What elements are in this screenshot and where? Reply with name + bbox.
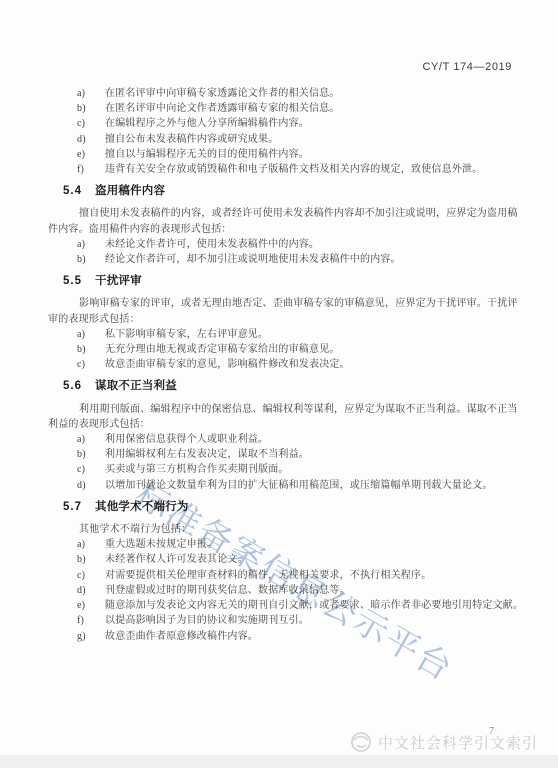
document-code: CY/T 174—2019 [422,61,512,73]
paragraph-line: 利益的表现形式包括： [48,417,528,432]
paragraph-line: 审的表现形式包括： [48,312,528,327]
section-heading: 5.4盗用稿件内容 [48,184,528,199]
item-text: 对需要提供相关伦理审查材料的稿件，无视相关要求，不执行相关程序。 [105,570,431,581]
item-letter: b) [77,552,86,567]
section-title: 谋取不正当利益 [95,380,177,392]
section-number: 5.7 [63,501,82,513]
item-letter: c) [77,462,85,477]
item-letter: f) [77,613,84,628]
item-letter: e) [77,598,85,613]
item-text: 故意歪曲审稿专家的意见，影响稿件修改和发表决定。 [105,359,350,370]
item-letter: c) [77,116,85,131]
list-item: d)刊登虚假或过时的期刊获奖信息、数据库收录信息等。 [48,583,528,598]
cssci-swirl-logo-icon [349,731,373,753]
footer-watermark: 中文社会科学引文索引 [349,731,538,753]
item-text: 未经论文作者许可，使用未发表稿件中的内容。 [105,239,319,250]
item-letter: d) [77,478,86,493]
item-text: 故意歪曲作者原意修改稿件内容。 [105,631,258,642]
item-text: 利用编辑权利左右发表决定，谋取不当利益。 [105,449,309,460]
item-text: 经论文作者许可，却不加引注或说明地使用未发表稿件中的内容。 [105,254,401,265]
item-text: 随意添加与发表论文内容无关的期刊自引文献，或者要求、暗示作者非必要地引用特定文献… [105,600,523,611]
section-heading: 5.5干扰评审 [48,274,528,289]
paragraph-line: 其他学术不端行为包括： [48,522,528,537]
section-heading: 5.7其他学术不端行为 [48,500,528,515]
paragraph-line: 利用期刊版面、编辑程序中的保密信息、编辑权利等谋利，应界定为谋取不正当利益。谋取… [48,402,528,417]
item-letter: b) [77,101,86,116]
list-item: d)以增加刊载论文数量牟利为目的扩大征稿和用稿范围，或压缩篇幅单期刊载大量论文。 [48,478,528,493]
section-title: 其他学术不端行为 [95,501,189,513]
list-item: b)未经著作权人许可发表其论文。 [48,552,528,567]
section-number: 5.5 [63,275,82,287]
item-letter: a) [77,237,85,252]
item-text: 未经著作权人许可发表其论文。 [105,554,248,565]
document-page: CY/T 174—2019 a)在匿名评审中向审稿专家透露论文作者的相关信息。b… [0,0,558,768]
list-item: a)利用保密信息获得个人或职业利益。 [48,432,528,447]
item-letter: a) [77,327,85,342]
item-text: 以增加刊载论文数量牟利为目的扩大征稿和用稿范围，或压缩篇幅单期刊载大量论文。 [105,480,493,491]
list-item: e)随意添加与发表论文内容无关的期刊自引文献，或者要求、暗示作者非必要地引用特定… [48,598,528,613]
list-item: f)违背有关安全存放或销毁稿件和电子版稿件文档及相关内容的规定，致使信息外泄。 [48,162,528,177]
item-letter: c) [77,568,85,583]
list-item: b)在匿名评审中向论文作者透露审稿专家的相关信息。 [48,101,528,116]
item-letter: b) [77,447,86,462]
document-body: a)在匿名评审中向审稿专家透露论文作者的相关信息。b)在匿名评审中向论文作者透露… [48,86,528,644]
list-item: a)在匿名评审中向审稿专家透露论文作者的相关信息。 [48,86,528,101]
item-letter: b) [77,252,86,267]
list-item: a)未经论文作者许可，使用未发表稿件中的内容。 [48,237,528,252]
section-heading: 5.6谋取不正当利益 [48,379,528,394]
item-text: 刊登虚假或过时的期刊获奖信息、数据库收录信息等。 [105,585,350,596]
item-text: 违背有关安全存放或销毁稿件和电子版稿件文档及相关内容的规定，致使信息外泄。 [105,164,482,175]
item-letter: c) [77,357,85,372]
section-number: 5.6 [63,380,82,392]
item-text: 私下影响审稿专家，左右评审意见。 [105,329,268,340]
item-text: 利用保密信息获得个人或职业利益。 [105,434,268,445]
list-item: a)重大选题未按规定申报。 [48,537,528,552]
list-item: a)私下影响审稿专家，左右评审意见。 [48,327,528,342]
list-item: b)无充分理由地无视或否定审稿专家给出的审稿意见。 [48,342,528,357]
item-text: 在匿名评审中向审稿专家透露论文作者的相关信息。 [105,88,340,99]
item-letter: a) [77,537,85,552]
item-letter: d) [77,132,86,147]
list-item: f)以提高影响因子为目的协议和实施期刊互引。 [48,613,528,628]
list-item: c)故意歪曲审稿专家的意见，影响稿件修改和发表决定。 [48,357,528,372]
item-letter: a) [77,432,85,447]
paragraph-line: 件内容。盗用稿件内容的表现形式包括： [48,222,528,237]
paragraph-line: 影响审稿专家的评审，或者无理由地否定、歪曲审稿专家的审稿意见，应界定为干扰评审。… [48,296,528,311]
list-item: d)擅自公布未发表稿件内容或研究成果。 [48,132,528,147]
item-text: 无充分理由地无视或否定审稿专家给出的审稿意见。 [105,344,340,355]
list-item: g)故意歪曲作者原意修改稿件内容。 [48,629,528,644]
list-item: c)买卖或与第三方机构合作买卖期刊版面。 [48,462,528,477]
item-letter: b) [77,342,86,357]
list-item: b)利用编辑权利左右发表决定，谋取不当利益。 [48,447,528,462]
item-letter: f) [77,162,84,177]
item-letter: a) [77,86,85,101]
item-text: 以提高影响因子为目的协议和实施期刊互引。 [105,615,309,626]
item-text: 擅自以与编辑程序无关的目的使用稿件内容。 [105,149,309,160]
list-item: b)经论文作者许可，却不加引注或说明地使用未发表稿件中的内容。 [48,252,528,267]
item-text: 在匿名评审中向论文作者透露审稿专家的相关信息。 [105,103,340,114]
item-letter: e) [77,147,85,162]
section-title: 干扰评审 [95,275,142,287]
footer-watermark-text: 中文社会科学引文索引 [378,732,538,753]
item-text: 买卖或与第三方机构合作买卖期刊版面。 [105,464,289,475]
list-item: c)在编辑程序之外与他人分享所编辑稿件内容。 [48,116,528,131]
item-text: 重大选题未按规定申报。 [105,539,217,550]
section-title: 盗用稿件内容 [95,185,165,197]
item-text: 擅自公布未发表稿件内容或研究成果。 [105,134,278,145]
item-text: 在编辑程序之外与他人分享所编辑稿件内容。 [105,118,309,129]
section-number: 5.4 [63,185,82,197]
paragraph-line: 擅自使用未发表稿件的内容，或者经许可使用未发表稿件内容却不加引注或说明，应界定为… [48,206,528,221]
item-letter: d) [77,583,86,598]
list-item: e)擅自以与编辑程序无关的目的使用稿件内容。 [48,147,528,162]
item-letter: g) [77,629,86,644]
list-item: c)对需要提供相关伦理审查材料的稿件，无视相关要求，不执行相关程序。 [48,568,528,583]
bottom-band [0,755,558,768]
